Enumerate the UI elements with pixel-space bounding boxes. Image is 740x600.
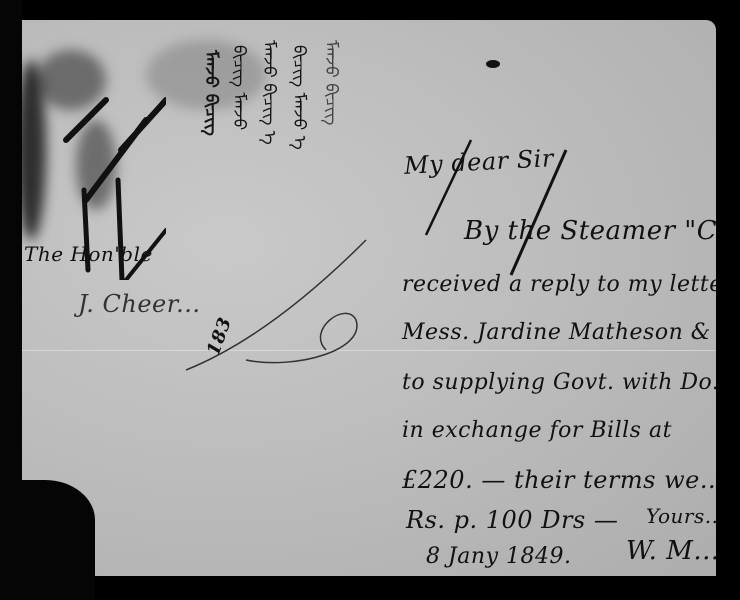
closing: Yours... [646,504,716,528]
amount-line: Rs. p. 100 Drs — [406,506,618,534]
letter-line: £220. — their terms we... [402,466,716,494]
thumb-shadow [0,480,95,600]
margin-note-line1: The Hon'ble [24,242,153,266]
signature: W. M... [626,536,716,566]
date-line: 8 Jany 1849. [426,544,572,569]
document-page: The Hon'ble J. Cheer... ᠮᠠᠨᠵᠤ ᠪᠢᠴᠢᠭ ᠪᠢᠴᠢ… [16,20,716,576]
signature-flourish [176,230,376,380]
letter-ascenders [416,115,716,445]
ink-dot [486,60,500,68]
